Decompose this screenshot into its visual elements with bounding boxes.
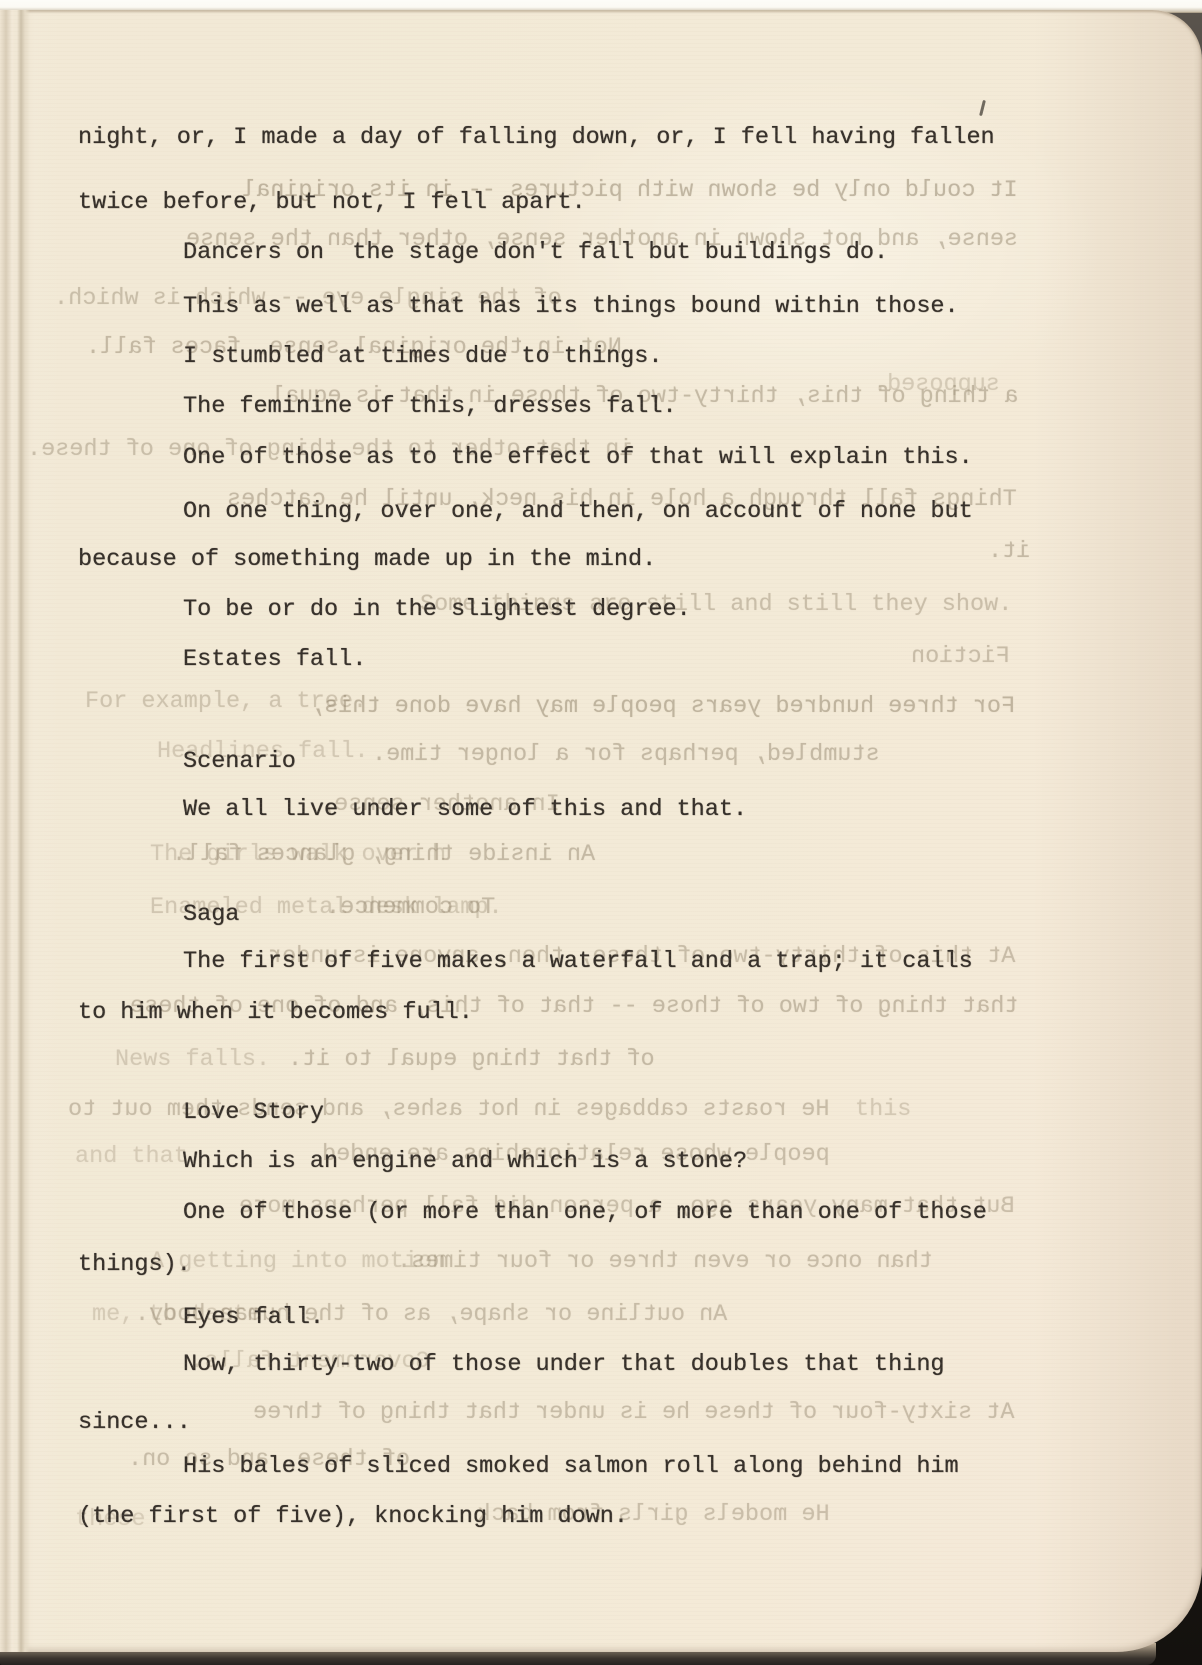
typed-line: night, or, I made a day of falling down,… [78, 123, 995, 153]
binding-gutter-fold [0, 10, 30, 1652]
typed-line: Scenario [183, 747, 296, 777]
typed-line: to him when it becomes full. [78, 998, 473, 1028]
pen-tick-mark [979, 100, 986, 116]
typed-line: One of those as to the effect of that wi… [183, 443, 973, 473]
bleedthrough-line: News falls. [115, 1045, 270, 1075]
book-page-photo: It could only be shown with pictures -- … [0, 0, 1202, 1665]
bleedthrough-line-mirrored: To commence. [326, 893, 495, 923]
typed-line: Which is an engine and which is a stone? [183, 1147, 747, 1177]
typed-line: Now, thirty-two of those under that doub… [183, 1350, 945, 1380]
typed-line: One of those (or more than one, of more … [183, 1198, 987, 1228]
bleedthrough-line-mirrored: An inside thing, glances fall. [172, 840, 595, 870]
typed-line: His bales of sliced smoked salmon roll a… [183, 1452, 959, 1482]
bleedthrough-line: and that [75, 1142, 188, 1172]
typed-line: things). [78, 1250, 191, 1280]
typed-line: because of something made up in the mind… [78, 545, 656, 575]
bleedthrough-line-mirrored: Fiction [911, 642, 1010, 672]
typed-line: Dancers on the stage don't fall but buil… [183, 238, 888, 268]
typed-line: since... [78, 1408, 191, 1438]
typed-line: To be or do in the slightest degree. [183, 595, 691, 625]
typed-line: The feminine of this, dresses fall. [183, 392, 677, 422]
typed-line: This as well as that has its things boun… [183, 292, 959, 322]
bleedthrough-line-mirrored: For three hundred years people may have … [310, 692, 1015, 722]
bleedthrough-line-mirrored: it. [988, 537, 1030, 567]
bleedthrough-line-mirrored: than once or even three or four times. [397, 1247, 933, 1277]
typed-line: We all live under some of this and that. [183, 795, 747, 825]
typed-line: Love Story [183, 1098, 324, 1128]
typewritten-page: It could only be shown with pictures -- … [0, 10, 1202, 1652]
typed-line: Estates fall. [183, 645, 366, 675]
typed-line: I stumbled at times due to things. [183, 342, 662, 372]
bleedthrough-line-mirrored: stumbled, perhaps for a longer time. [372, 740, 880, 770]
typed-line: Saga [183, 900, 239, 930]
typed-line: The first of five makes a waterfall and … [183, 947, 973, 977]
typed-line: twice before, but not, I fell apart. [78, 188, 586, 218]
bleedthrough-line-mirrored: At sixty-four of these he is under that … [253, 1398, 1015, 1428]
typed-line: Eyes fall. [183, 1303, 324, 1333]
bleedthrough-line: this [855, 1095, 911, 1125]
typed-line: (the first of five), knocking him down. [78, 1502, 628, 1532]
typed-line: On one thing, over one, and then, on acc… [183, 497, 973, 527]
bleedthrough-line-mirrored: of that thing equal to it. [288, 1045, 655, 1075]
